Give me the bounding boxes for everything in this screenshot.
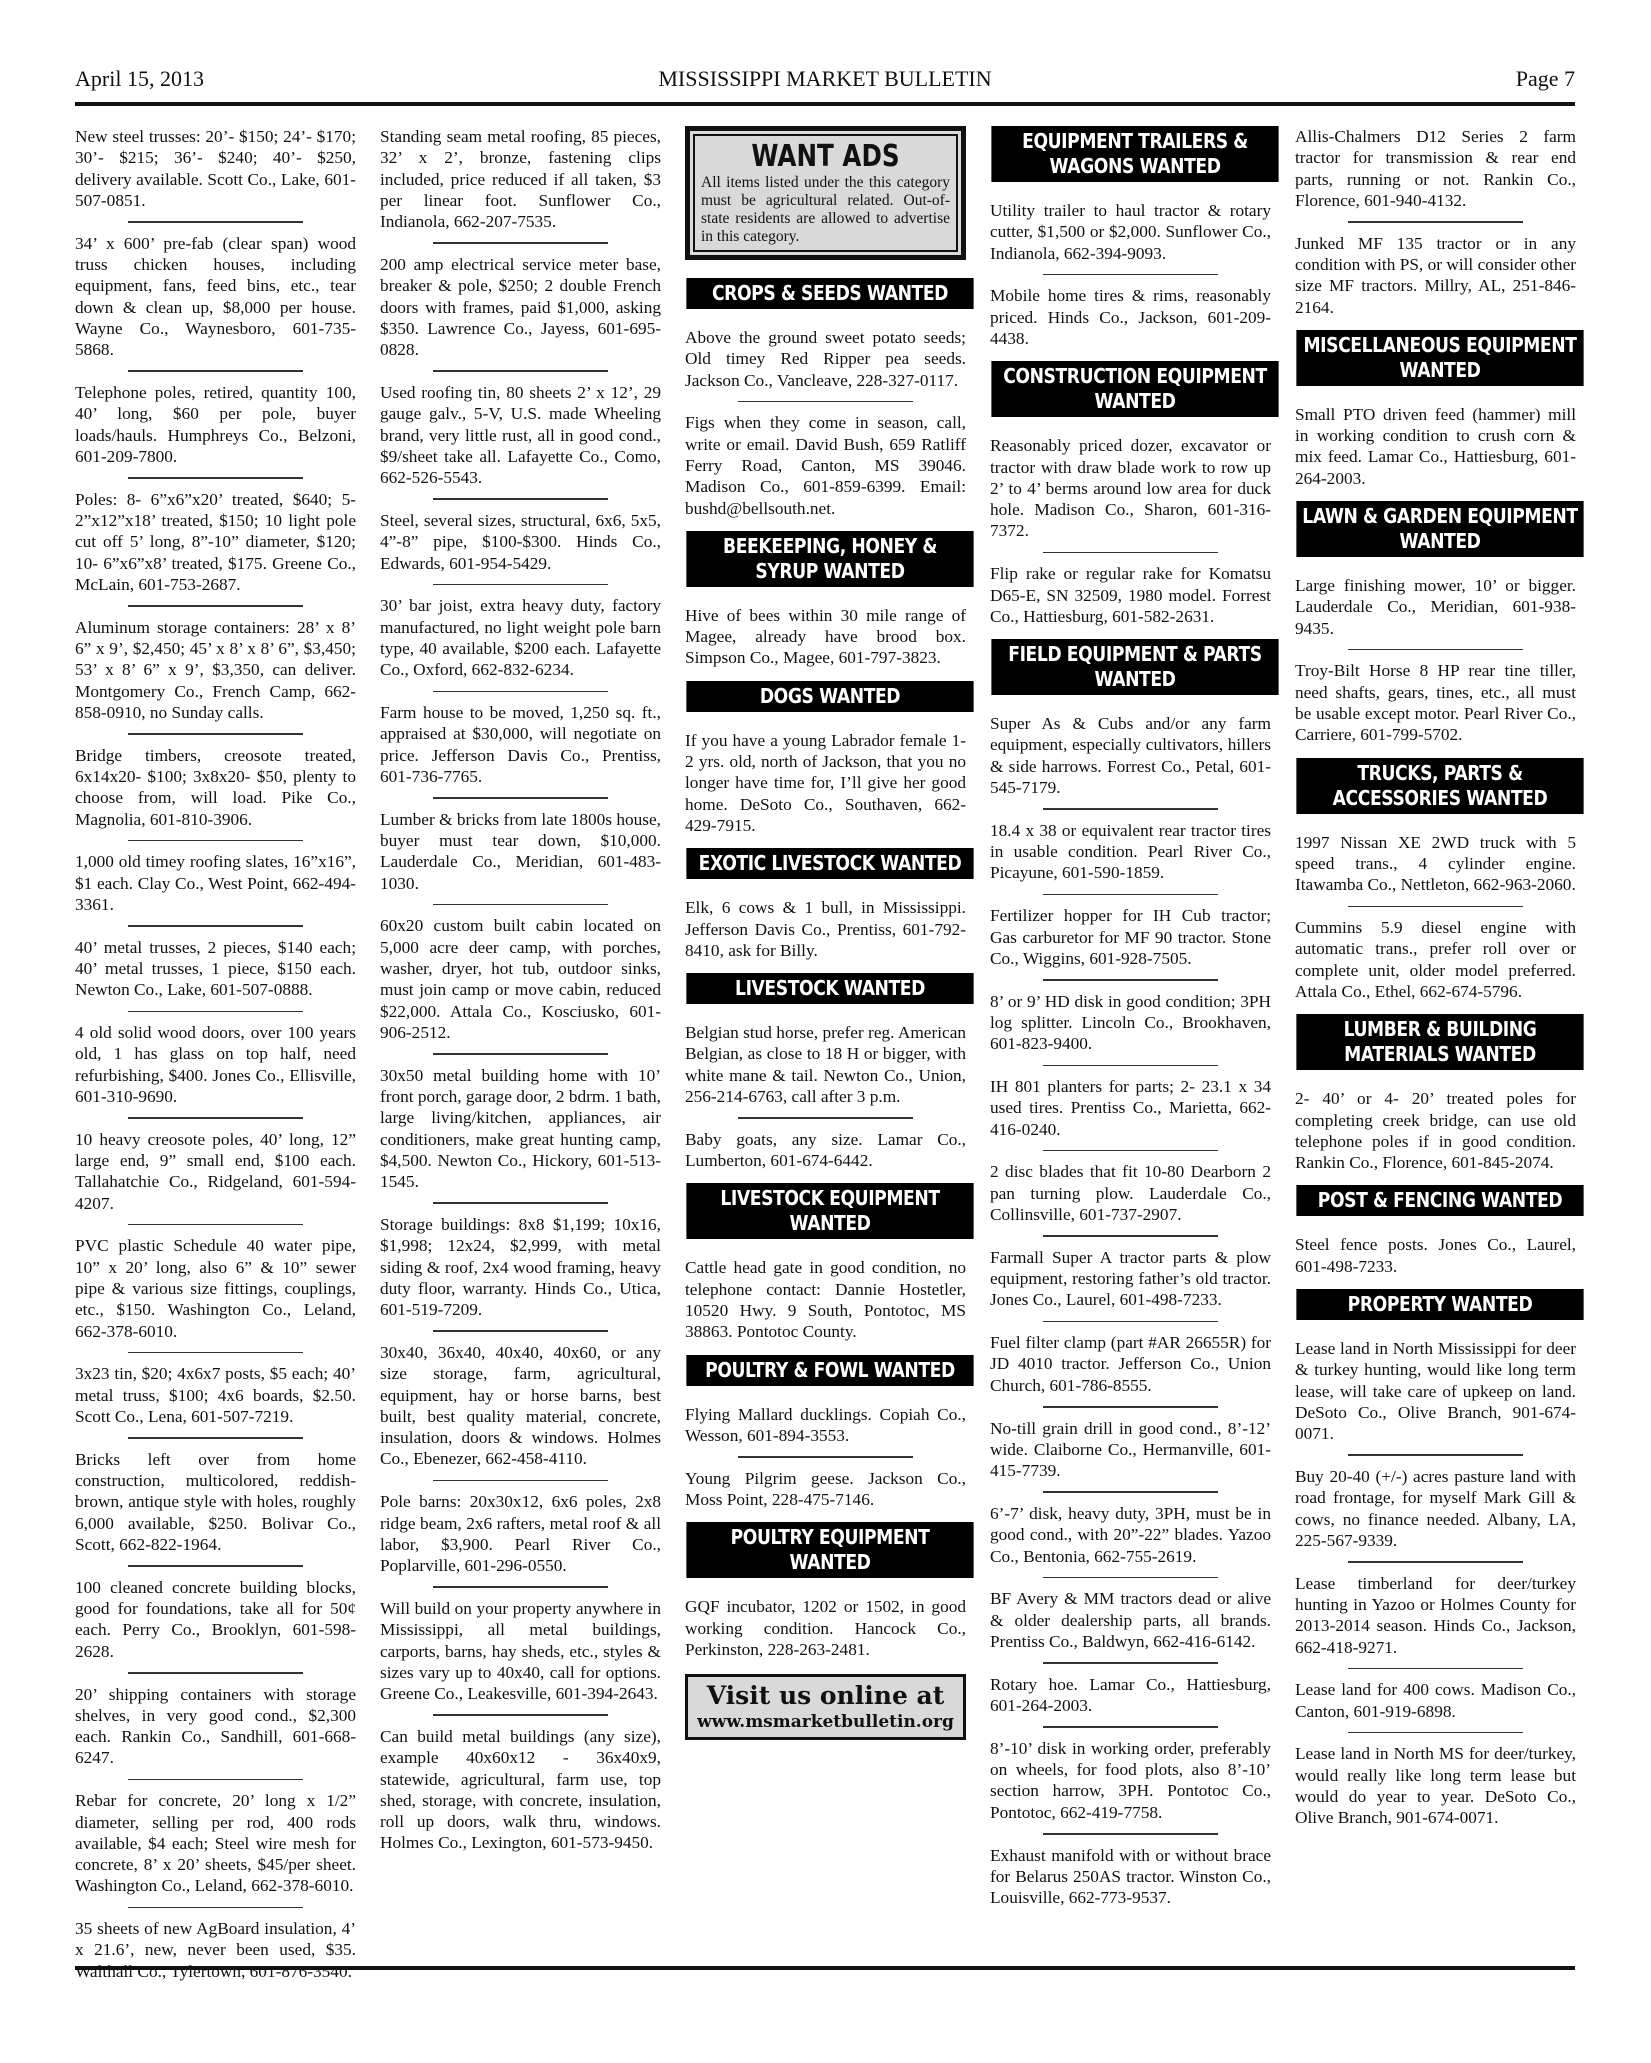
publication-title: MISSISSIPPI MARKET BULLETIN [75, 66, 1575, 92]
classified-ad: 20’ shipping containers with storage she… [75, 1684, 356, 1769]
ad-divider [433, 1330, 608, 1332]
classified-ad: 60x20 custom built cabin located on 5,00… [380, 915, 661, 1043]
classified-ad: Large finishing mower, 10’ or bigger. La… [1295, 575, 1576, 639]
ad-divider [433, 498, 608, 500]
classified-ad: 1997 Nissan XE 2WD truck with 5 speed tr… [1295, 832, 1576, 896]
section-heading: MISCELLANEOUS EQUIPMENT WANTED [1296, 330, 1583, 386]
section-heading: PROPERTY WANTED [1296, 1289, 1583, 1320]
classified-ad: Fertilizer hopper for IH Cub tractor; Ga… [990, 905, 1271, 969]
classified-ad: Mobile home tires & rims, reasonably pri… [990, 285, 1271, 349]
classified-ad: Lease land in North Mississippi for deer… [1295, 1338, 1576, 1444]
ad-divider [1348, 906, 1523, 908]
ad-divider [128, 1907, 303, 1909]
newspaper-page: April 15, 2013 MISSISSIPPI MARKET BULLET… [75, 66, 1575, 106]
ad-divider [128, 925, 303, 927]
classified-ad: Telephone poles, retired, quantity 100, … [75, 382, 356, 467]
ad-divider [433, 691, 608, 693]
classified-ad: 1,000 old timey roofing slates, 16”x16”,… [75, 851, 356, 915]
ad-divider [128, 1011, 303, 1013]
column-1: New steel trusses: 20’- $150; 24’- $170;… [75, 126, 356, 1982]
classified-ad: 100 cleaned concrete building blocks, go… [75, 1577, 356, 1662]
section-heading: POULTRY EQUIPMENT WANTED [686, 1522, 973, 1578]
ad-divider [433, 904, 608, 906]
classified-ad: Standing seam metal roofing, 85 pieces, … [380, 126, 661, 232]
ad-divider [128, 1565, 303, 1567]
classified-ad: Fuel filter clamp (part #AR 26655R) for … [990, 1332, 1271, 1396]
classified-ad: Rotary hoe. Lamar Co., Hattiesburg, 601-… [990, 1674, 1271, 1717]
ad-divider [1043, 1235, 1218, 1237]
classified-ad: Poles: 8- 6”x6”x20’ treated, $640; 5- 2”… [75, 489, 356, 595]
classified-ad: 200 amp electrical service meter base, b… [380, 254, 661, 360]
classified-ad: 3x23 tin, $20; 4x6x7 posts, $5 each; 40’… [75, 1363, 356, 1427]
page-number: Page 7 [1516, 66, 1575, 92]
classified-ad: Hive of bees within 30 mile range of Mag… [685, 605, 966, 669]
classified-ad: Farmall Super A tractor parts & plow equ… [990, 1247, 1271, 1311]
top-rule [75, 102, 1575, 106]
ad-divider [1043, 1662, 1218, 1664]
column-2: Standing seam metal roofing, 85 pieces, … [380, 126, 661, 1854]
website-link[interactable]: www.msmarketbulletin.org [690, 1711, 961, 1733]
ad-divider [1043, 808, 1218, 810]
ad-divider [128, 1437, 303, 1439]
ad-divider [128, 1672, 303, 1674]
classified-ad: Buy 20-40 (+/-) acres pasture land with … [1295, 1466, 1576, 1551]
ad-divider [128, 1224, 303, 1226]
ad-divider [1043, 1406, 1218, 1408]
classified-ad: If you have a young Labrador female 1-2 … [685, 730, 966, 836]
ad-divider [1043, 1577, 1218, 1579]
classified-ad: Bricks left over from home construction,… [75, 1449, 356, 1555]
classified-ad: Steel fence posts. Jones Co., Laurel, 60… [1295, 1234, 1576, 1277]
classified-ad: Farm house to be moved, 1,250 sq. ft., a… [380, 702, 661, 787]
section-heading: LAWN & GARDEN EQUIPMENT WANTED [1296, 501, 1583, 557]
ad-divider [738, 1456, 913, 1458]
ad-divider [1348, 649, 1523, 651]
want-ads-title: WANT ADS [723, 140, 927, 174]
classified-ad: Will build on your property anywhere in … [380, 1598, 661, 1704]
ad-divider [433, 584, 608, 586]
ad-divider [128, 370, 303, 372]
classified-ad: Junked MF 135 tractor or in any conditio… [1295, 233, 1576, 318]
ad-divider [433, 1586, 608, 1588]
ad-divider [128, 477, 303, 479]
classified-ad: Troy-Bilt Horse 8 HP rear tine tiller, n… [1295, 660, 1576, 745]
ad-divider [1348, 1732, 1523, 1734]
classified-ad: GQF incubator, 1202 or 1502, in good wor… [685, 1596, 966, 1660]
classified-ad: BF Avery & MM tractors dead or alive & o… [990, 1588, 1271, 1652]
classified-ad: Aluminum storage containers: 28’ x 8’ 6”… [75, 617, 356, 723]
ad-divider [1043, 894, 1218, 896]
classified-ad: Super As & Cubs and/or any farm equipmen… [990, 713, 1271, 798]
section-heading: POULTRY & FOWL WANTED [686, 1355, 973, 1386]
classified-ad: New steel trusses: 20’- $150; 24’- $170;… [75, 126, 356, 211]
classified-ad: IH 801 planters for parts; 2- 23.1 x 34 … [990, 1076, 1271, 1140]
column-3-want-ads: WANT ADS All items listed under the this… [685, 126, 966, 1740]
classified-ad: Lease timberland for deer/turkey hunting… [1295, 1573, 1576, 1658]
section-heading: FIELD EQUIPMENT & PARTS WANTED [991, 639, 1278, 695]
classified-ad: PVC plastic Schedule 40 water pipe, 10” … [75, 1235, 356, 1341]
classified-ad: 18.4 x 38 or equivalent rear tractor tir… [990, 820, 1271, 884]
visit-online-box[interactable]: Visit us online at www.msmarketbulletin.… [685, 1674, 966, 1740]
classified-ad: 34’ x 600’ pre-fab (clear span) wood tru… [75, 233, 356, 361]
ad-divider [433, 242, 608, 244]
ad-divider [1043, 274, 1218, 276]
want-ads-notice: All items listed under the this category… [701, 174, 950, 246]
classified-ad: No-till grain drill in good cond., 8’-12… [990, 1418, 1271, 1482]
section-heading: DOGS WANTED [686, 681, 973, 712]
classified-ad: Can build metal buildings (any size), ex… [380, 1726, 661, 1854]
columns: New steel trusses: 20’- $150; 24’- $170;… [75, 126, 1575, 1964]
ad-divider [1043, 979, 1218, 981]
classified-ad: 30’ bar joist, extra heavy duty, factory… [380, 595, 661, 680]
ad-divider [1043, 1833, 1218, 1835]
ad-divider [128, 1779, 303, 1781]
classified-ad: 40’ metal trusses, 2 pieces, $140 each; … [75, 937, 356, 1001]
classified-ad: 6’-7’ disk, heavy duty, 3PH, must be in … [990, 1503, 1271, 1567]
want-ads-notice-box: WANT ADS All items listed under the this… [685, 126, 966, 260]
classified-ad: Above the ground sweet potato seeds; Old… [685, 327, 966, 391]
bottom-rule [75, 1966, 1575, 1970]
classified-ad: Belgian stud horse, prefer reg. American… [685, 1022, 966, 1107]
classified-ad: Cattle head gate in good condition, no t… [685, 1257, 966, 1342]
classified-ad: 4 old solid wood doors, over 100 years o… [75, 1022, 356, 1107]
classified-ad: 8’-10’ disk in working order, preferably… [990, 1738, 1271, 1823]
ad-divider [433, 370, 608, 372]
masthead: April 15, 2013 MISSISSIPPI MARKET BULLET… [75, 66, 1575, 100]
section-heading: CROPS & SEEDS WANTED [686, 278, 973, 309]
section-heading: CONSTRUCTION EQUIPMENT WANTED [991, 361, 1278, 417]
classified-ad: Used roofing tin, 80 sheets 2’ x 12’, 29… [380, 382, 661, 488]
ad-divider [433, 1480, 608, 1482]
classified-ad: 35 sheets of new AgBoard insulation, 4’ … [75, 1918, 356, 1982]
classified-ad: Cummins 5.9 diesel engine with automatic… [1295, 917, 1576, 1002]
classified-ad: Utility trailer to haul tractor & rotary… [990, 200, 1271, 264]
classified-ad: Young Pilgrim geese. Jackson Co., Moss P… [685, 1468, 966, 1511]
classified-ad: Reasonably priced dozer, excavator or tr… [990, 435, 1271, 541]
classified-ad: 2 disc blades that fit 10-80 Dearborn 2 … [990, 1161, 1271, 1225]
ad-divider [1348, 221, 1523, 223]
ad-divider [1348, 1668, 1523, 1670]
ad-divider [1043, 1726, 1218, 1728]
classified-ad: Elk, 6 cows & 1 bull, in Mississippi. Je… [685, 897, 966, 961]
classified-ad: Exhaust manifold with or without brace f… [990, 1845, 1271, 1909]
ad-divider [1348, 1454, 1523, 1456]
section-heading: POST & FENCING WANTED [1296, 1185, 1583, 1216]
section-heading: BEEKEEPING, HONEY & SYRUP WANTED [686, 531, 973, 587]
ad-divider [1043, 1150, 1218, 1152]
classified-ad: Lumber & bricks from late 1800s house, b… [380, 809, 661, 894]
ad-divider [738, 401, 913, 403]
classified-ad: Small PTO driven feed (hammer) mill in w… [1295, 404, 1576, 489]
ad-divider [433, 1053, 608, 1055]
ad-divider [433, 797, 608, 799]
ad-divider [1043, 1321, 1218, 1323]
column-4: EQUIPMENT TRAILERS & WAGONS WANTEDUtilit… [990, 126, 1271, 1908]
ad-divider [1043, 1065, 1218, 1067]
section-heading: LIVESTOCK WANTED [686, 973, 973, 1004]
visit-label: Visit us online at [690, 1681, 961, 1711]
classified-ad: Steel, several sizes, structural, 6x6, 5… [380, 510, 661, 574]
ad-divider [128, 840, 303, 842]
ad-divider [738, 1117, 913, 1119]
classified-ad: 2- 40’ or 4- 20’ treated poles for compl… [1295, 1088, 1576, 1173]
ad-divider [1348, 1561, 1523, 1563]
classified-ad: 8’ or 9’ HD disk in good condition; 3PH … [990, 991, 1271, 1055]
section-heading: LIVESTOCK EQUIPMENT WANTED [686, 1183, 973, 1239]
section-heading: EXOTIC LIVESTOCK WANTED [686, 848, 973, 879]
classified-ad: Flying Mallard ducklings. Copiah Co., We… [685, 1404, 966, 1447]
section-heading: TRUCKS, PARTS & ACCESSORIES WANTED [1296, 758, 1583, 814]
classified-ad: 30x50 metal building home with 10’ front… [380, 1065, 661, 1193]
ad-divider [433, 1714, 608, 1716]
ad-divider [128, 1117, 303, 1119]
classified-ad: Flip rake or regular rake for Komatsu D6… [990, 563, 1271, 627]
classified-ad: Storage buildings: 8x8 $1,199; 10x16, $1… [380, 1214, 661, 1320]
classified-ad: Lease land in North MS for deer/turkey, … [1295, 1743, 1576, 1828]
ad-divider [128, 221, 303, 223]
ad-divider [1043, 552, 1218, 554]
classified-ad: 10 heavy creosote poles, 40’ long, 12” l… [75, 1129, 356, 1214]
classified-ad: 30x40, 36x40, 40x40, 40x60, or any size … [380, 1342, 661, 1470]
classified-ad: Figs when they come in season, call, wri… [685, 412, 966, 518]
classified-ad: Bridge timbers, creosote treated, 6x14x2… [75, 745, 356, 830]
column-5: Allis-Chalmers D12 Series 2 farm tractor… [1295, 126, 1576, 1829]
classified-ad: Lease land for 400 cows. Madison Co., Ca… [1295, 1679, 1576, 1722]
ad-divider [433, 1202, 608, 1204]
section-heading: EQUIPMENT TRAILERS & WAGONS WANTED [991, 126, 1278, 182]
classified-ad: Rebar for concrete, 20’ long x 1/2” diam… [75, 1790, 356, 1896]
ad-divider [1043, 1491, 1218, 1493]
classified-ad: Baby goats, any size. Lamar Co., Lumbert… [685, 1129, 966, 1172]
ad-divider [128, 605, 303, 607]
ad-divider [128, 1352, 303, 1354]
classified-ad: Allis-Chalmers D12 Series 2 farm tractor… [1295, 126, 1576, 211]
ad-divider [128, 733, 303, 735]
section-heading: LUMBER & BUILDING MATERIALS WANTED [1296, 1014, 1583, 1070]
classified-ad: Pole barns: 20x30x12, 6x6 poles, 2x8 rid… [380, 1491, 661, 1576]
